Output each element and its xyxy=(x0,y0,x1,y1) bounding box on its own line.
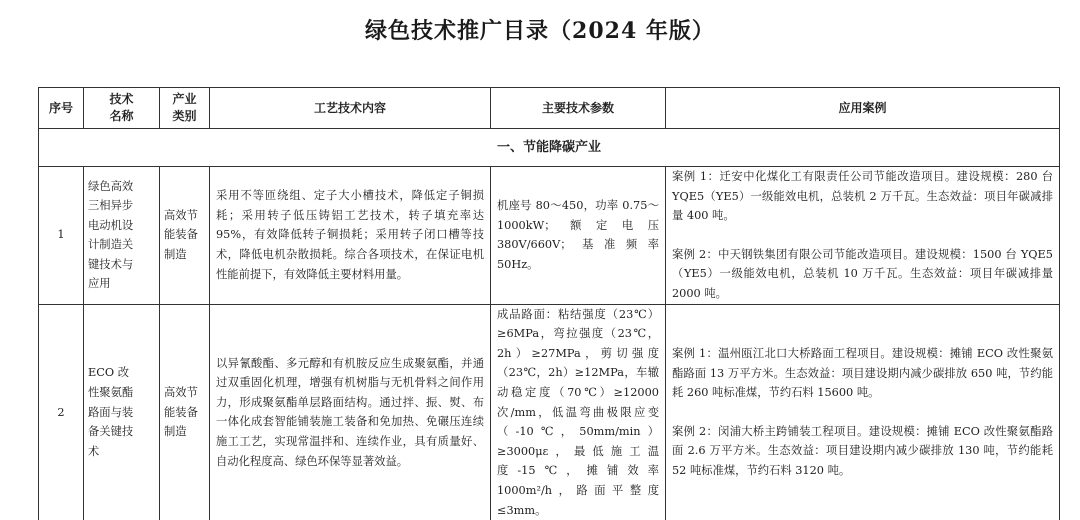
green-technology-catalog-table: 序号 技术 名称 产业 类别 工艺技术内容 主要技术参数 应用案例 一、节能降碳… xyxy=(38,87,1060,520)
row-no: 1 xyxy=(39,167,84,305)
header-tech-name-line1: 技术 xyxy=(86,91,157,108)
row-cases: 案例 1：温州瓯江北口大桥路面工程项目。建设规模：摊铺 ECO 改性聚氨酯路面 … xyxy=(666,304,1060,520)
case-item: 案例 1：温州瓯江北口大桥路面工程项目。建设规模：摊铺 ECO 改性聚氨酯路面 … xyxy=(672,344,1053,403)
category-line: 制造 xyxy=(164,245,205,265)
category-line: 能装备 xyxy=(164,403,205,423)
row-tech-name: 绿色高效 三相异步 电动机设 计制造关 键技术与 应用 xyxy=(84,167,160,305)
header-tech-name: 技术 名称 xyxy=(84,88,160,129)
row-category: 高效节 能装备 制造 xyxy=(160,304,210,520)
category-line: 能装备 xyxy=(164,225,205,245)
tech-name-line: 路面与装 xyxy=(88,403,155,423)
tech-name-line: ECO 改 xyxy=(88,363,155,383)
row-process: 以异氰酸酯、多元醇和有机胺反应生成聚氨酯，并通过双重固化机理，增强有机树脂与无机… xyxy=(210,304,491,520)
table-header-row: 序号 技术 名称 产业 类别 工艺技术内容 主要技术参数 应用案例 xyxy=(39,88,1060,129)
tech-name-line: 应用 xyxy=(88,274,155,294)
row-no: 2 xyxy=(39,304,84,520)
header-category-line2: 类别 xyxy=(162,108,207,125)
header-process: 工艺技术内容 xyxy=(210,88,491,129)
header-category-line1: 产业 xyxy=(162,91,207,108)
row-params: 成品路面：粘结强度（23℃）≥6MPa，弯拉强度（23℃，2h）≥27MPa，剪… xyxy=(491,304,666,520)
case-item: 案例 2：闵浦大桥主跨铺装工程项目。建设规模：摊铺 ECO 改性聚氨酯路面 2.… xyxy=(672,422,1053,481)
table-row: 2 ECO 改 性聚氨酯 路面与装 备关键技 术 高效节 能装备 制造 以异氰酸… xyxy=(39,304,1060,520)
row-process: 采用不等匝绕组、定子大小槽技术，降低定子铜损耗；采用转子低压铸铝工艺技术，转子填… xyxy=(210,167,491,305)
tech-name-line: 术 xyxy=(88,442,155,462)
table-row: 1 绿色高效 三相异步 电动机设 计制造关 键技术与 应用 高效节 能装备 制造… xyxy=(39,167,1060,305)
tech-name-line: 备关键技 xyxy=(88,422,155,442)
tech-name-line: 计制造关 xyxy=(88,235,155,255)
section-row: 一、节能降碳产业 xyxy=(39,129,1060,167)
tech-name-line: 电动机设 xyxy=(88,216,155,236)
header-tech-name-line2: 名称 xyxy=(86,108,157,125)
category-line: 制造 xyxy=(164,422,205,442)
case-spacer xyxy=(672,403,1053,422)
tech-name-line: 性聚氨酯 xyxy=(88,383,155,403)
section-title: 一、节能降碳产业 xyxy=(39,129,1060,167)
tech-name-line: 三相异步 xyxy=(88,196,155,216)
case-item: 案例 1：迁安中化煤化工有限责任公司节能改造项目。建设规模：280 台 YQE5… xyxy=(672,167,1053,226)
row-category: 高效节 能装备 制造 xyxy=(160,167,210,305)
header-params: 主要技术参数 xyxy=(491,88,666,129)
header-category: 产业 类别 xyxy=(160,88,210,129)
header-no: 序号 xyxy=(39,88,84,129)
case-spacer xyxy=(672,226,1053,245)
document-title: 绿色技术推广目录（2024 年版） xyxy=(0,14,1080,45)
header-cases: 应用案例 xyxy=(666,88,1060,129)
row-tech-name: ECO 改 性聚氨酯 路面与装 备关键技 术 xyxy=(84,304,160,520)
tech-name-line: 绿色高效 xyxy=(88,177,155,197)
row-cases: 案例 1：迁安中化煤化工有限责任公司节能改造项目。建设规模：280 台 YQE5… xyxy=(666,167,1060,305)
category-line: 高效节 xyxy=(164,383,205,403)
tech-name-line: 键技术与 xyxy=(88,255,155,275)
category-line: 高效节 xyxy=(164,206,205,226)
row-params: 机座号 80～450，功率 0.75～1000kW；额定电压 380V/660V… xyxy=(491,167,666,305)
case-item: 案例 2：中天钢铁集团有限公司节能改造项目。建设规模：1500 台 YQE5（Y… xyxy=(672,245,1053,304)
